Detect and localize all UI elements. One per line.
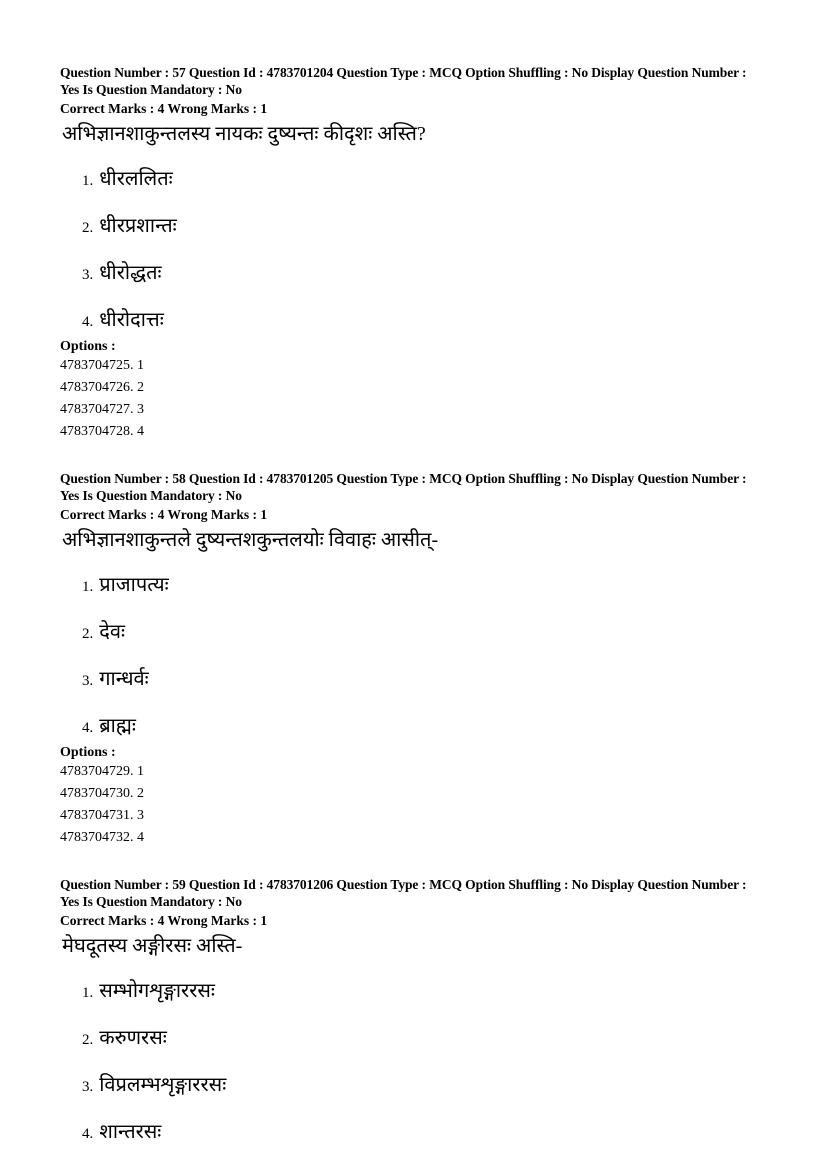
choice-number: 1. <box>82 173 93 189</box>
option-id: 4783704726. 2 <box>60 377 768 399</box>
choice-number: 4. <box>82 1126 93 1142</box>
choice-text: देवः <box>99 621 125 643</box>
choice-number: 2. <box>82 1032 93 1048</box>
choice-text: गान्धर्वः <box>99 668 148 690</box>
question-text: अभिज्ञानशाकुन्तले दुष्यन्तशकुन्तलयोः विव… <box>62 527 768 553</box>
choice-item: 4.शान्तरसः <box>82 1119 768 1147</box>
choice-item: 3.गान्धर्वः <box>82 666 768 694</box>
choice-text: विप्रलम्भशृङ्गाररसः <box>99 1074 226 1096</box>
choice-item: 1.धीरललितः <box>82 166 768 194</box>
options-label: Options : <box>60 744 768 761</box>
choice-item: 3.धीरोद्धतः <box>82 260 768 288</box>
choice-list: 1.धीरललितः 2.धीरप्रशान्तः 3.धीरोद्धतः 4.… <box>60 166 768 335</box>
choice-text: धीरप्रशान्तः <box>99 215 176 237</box>
option-id: 4783704731. 3 <box>60 805 768 827</box>
choice-item: 1.प्राजापत्यः <box>82 572 768 600</box>
choice-text: धीरोद्धतः <box>99 262 161 284</box>
option-id: 4783704727. 3 <box>60 399 768 421</box>
option-id: 4783704732. 4 <box>60 827 768 849</box>
choice-item: 1.सम्भोगशृङ्गाररसः <box>82 978 768 1006</box>
question-block-59: Question Number : 59 Question Id : 47837… <box>60 876 768 1147</box>
choice-item: 4.धीरोदात्तः <box>82 307 768 335</box>
choice-number: 2. <box>82 220 93 236</box>
question-text: मेघदूतस्य अङ्गीरसः अस्ति- <box>62 933 768 959</box>
choice-text: ब्राह्मः <box>99 715 136 737</box>
choice-number: 1. <box>82 579 93 595</box>
option-id-list: 4783704729. 1 4783704730. 2 4783704731. … <box>60 761 768 849</box>
choice-number: 3. <box>82 267 93 283</box>
choice-text: सम्भोगशृङ्गाररसः <box>99 980 215 1002</box>
exam-question-paper: Question Number : 57 Question Id : 47837… <box>0 0 826 1169</box>
choice-text: धीरललितः <box>99 168 172 190</box>
choice-text: शान्तरसः <box>99 1121 161 1143</box>
choice-text: प्राजापत्यः <box>99 574 168 596</box>
choice-text: करुणरसः <box>99 1027 167 1049</box>
choice-number: 4. <box>82 314 93 330</box>
option-id-list: 4783704725. 1 4783704726. 2 4783704727. … <box>60 355 768 443</box>
question-meta-header: Question Number : 57 Question Id : 47837… <box>60 64 766 98</box>
option-id: 4783704729. 1 <box>60 761 768 783</box>
choice-number: 4. <box>82 720 93 736</box>
options-label: Options : <box>60 338 768 355</box>
choice-list: 1.सम्भोगशृङ्गाररसः 2.करुणरसः 3.विप्रलम्भ… <box>60 978 768 1147</box>
question-block-58: Question Number : 58 Question Id : 47837… <box>60 470 768 849</box>
choice-number: 1. <box>82 985 93 1001</box>
question-text: अभिज्ञानशाकुन्तलस्य नायकः दुष्यन्तः कीदृ… <box>62 121 768 147</box>
question-marks: Correct Marks : 4 Wrong Marks : 1 <box>60 506 768 523</box>
choice-item: 2.करुणरसः <box>82 1025 768 1053</box>
choice-number: 2. <box>82 626 93 642</box>
question-meta-header: Question Number : 59 Question Id : 47837… <box>60 876 766 910</box>
choice-number: 3. <box>82 1079 93 1095</box>
question-block-57: Question Number : 57 Question Id : 47837… <box>60 64 768 443</box>
option-id: 4783704728. 4 <box>60 421 768 443</box>
choice-number: 3. <box>82 673 93 689</box>
choice-item: 2.देवः <box>82 619 768 647</box>
choice-list: 1.प्राजापत्यः 2.देवः 3.गान्धर्वः 4.ब्राह… <box>60 572 768 741</box>
option-id: 4783704730. 2 <box>60 783 768 805</box>
choice-item: 4.ब्राह्मः <box>82 713 768 741</box>
question-meta-header: Question Number : 58 Question Id : 47837… <box>60 470 766 504</box>
question-marks: Correct Marks : 4 Wrong Marks : 1 <box>60 100 768 117</box>
choice-item: 3.विप्रलम्भशृङ्गाररसः <box>82 1072 768 1100</box>
choice-item: 2.धीरप्रशान्तः <box>82 213 768 241</box>
option-id: 4783704725. 1 <box>60 355 768 377</box>
choice-text: धीरोदात्तः <box>99 309 164 331</box>
question-marks: Correct Marks : 4 Wrong Marks : 1 <box>60 912 768 929</box>
